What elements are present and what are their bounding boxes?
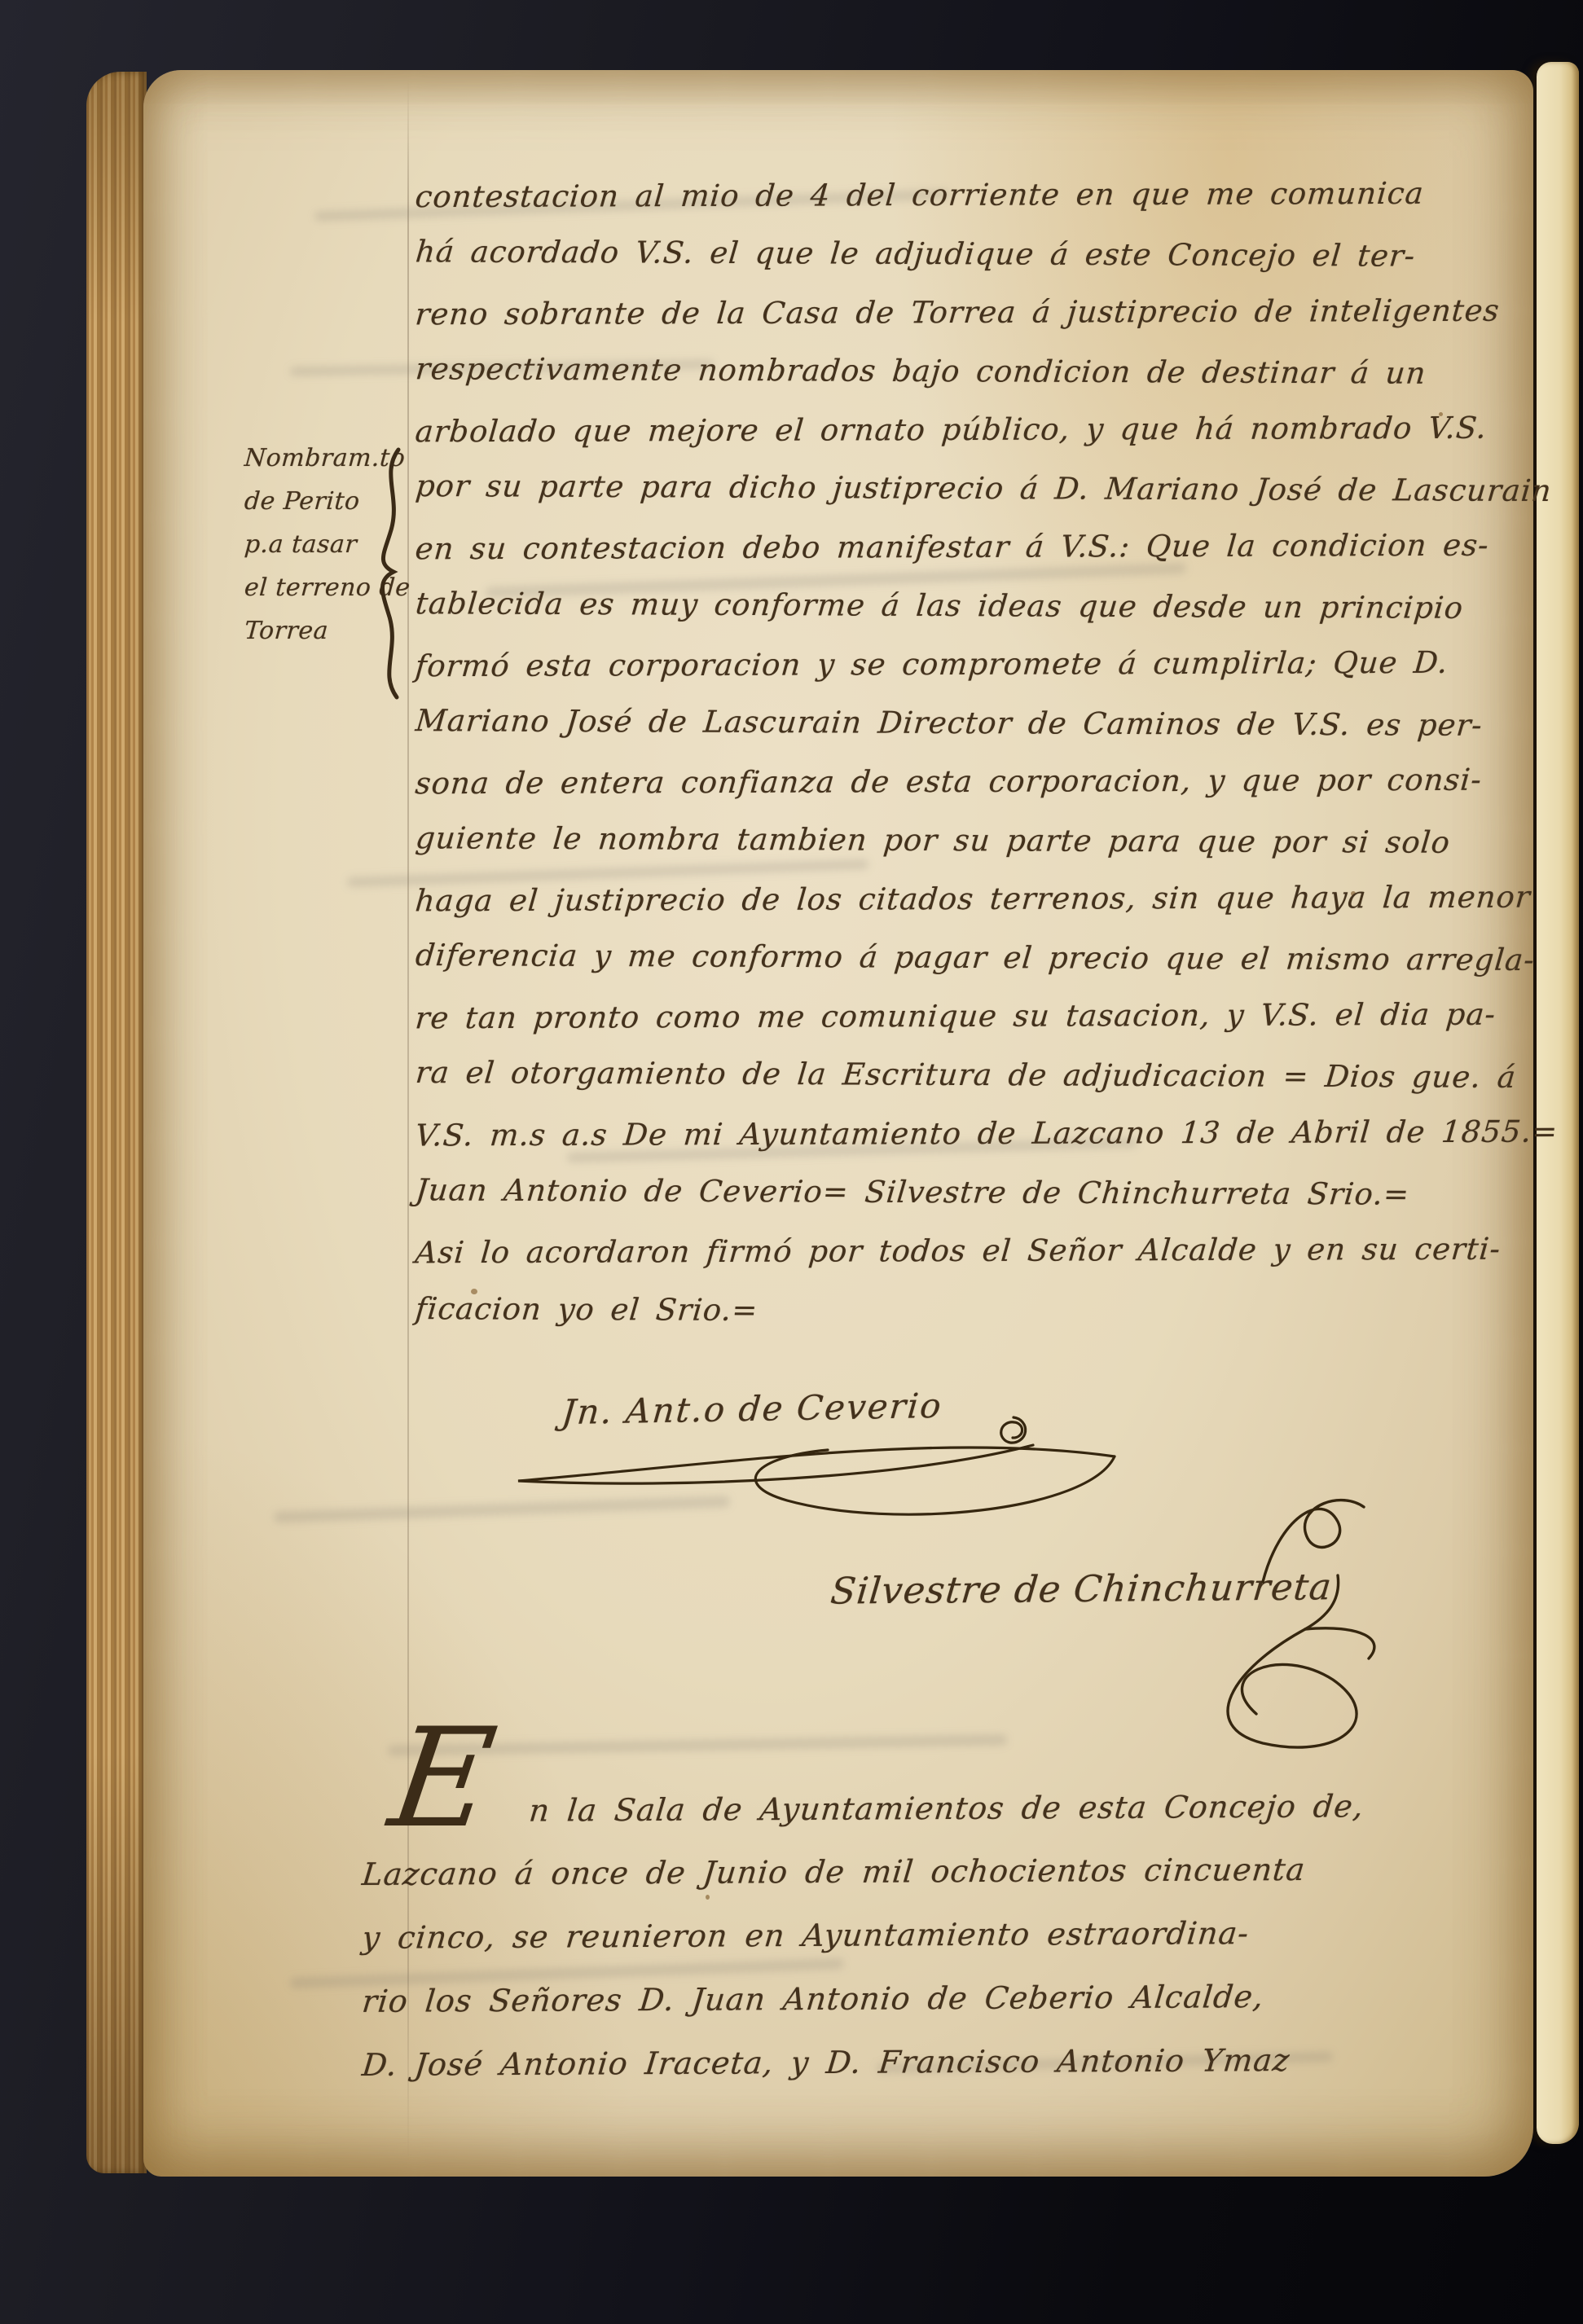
manuscript-line: contestacion al mio de 4 del corriente e… [414, 176, 1426, 214]
paper-speck [706, 1895, 710, 1900]
manuscript-line: haga el justiprecio de los citados terre… [414, 880, 1532, 919]
manuscript-line: Asi lo acordaron firmó por todos el Seño… [414, 1232, 1502, 1271]
margin-note-brace [371, 448, 420, 701]
manuscript-page: Nombram.to de Perito p.a tasar el terren… [143, 70, 1533, 2177]
margin-note-line: p.a tasar [244, 530, 358, 559]
manuscript-line: arbolado que mejore el ornato público, y… [414, 411, 1488, 450]
manuscript-line: tablecida es muy conforme á las ideas qu… [414, 586, 1465, 626]
manuscript-line: diferencia y me conformo á pagar el prec… [414, 938, 1537, 977]
manuscript-line: reno sobrante de la Casa de Torrea á jus… [414, 293, 1501, 332]
manuscript-line: Lazcano á once de Junio de mil ochocient… [360, 1852, 1307, 1892]
manuscript-line: formó esta corporacion y se compromete á… [414, 645, 1449, 683]
manuscript-line: re tan pronto como me comunique su tasac… [414, 997, 1497, 1036]
manuscript-line: n la Sala de Ayuntamientos de esta Conce… [528, 1788, 1366, 1828]
manuscript-line: rio los Señores D. Juan Antonio de Ceber… [361, 1979, 1266, 2019]
manuscript-line: Mariano José de Lascurain Director de Ca… [414, 703, 1484, 743]
book-page-stack-edge [86, 72, 147, 2173]
manuscript-line: por su parte para dicho justiprecio á D.… [414, 468, 1553, 508]
photograph-background: Nombram.to de Perito p.a tasar el terren… [0, 0, 1583, 2324]
manuscript-line: respectivamente nombrados bajo condicion… [414, 351, 1427, 390]
manuscript-line: en su contestacion debo manifestar á V.S… [414, 528, 1491, 567]
margin-note-line: de Perito [244, 487, 361, 516]
manuscript-line: Juan Antonio de Ceverio= Silvestre de Ch… [414, 1172, 1411, 1211]
ornate-initial-letter: E [384, 1717, 501, 1840]
manuscript-line: ra el otorgamiento de la Escritura de ad… [414, 1055, 1518, 1095]
manuscript-line: há acordado V.S. el que le adjudique á e… [414, 234, 1417, 273]
adjacent-page-fore-edge [1537, 62, 1579, 2144]
manuscript-line: D. José Antonio Iraceta, y D. Francisco … [360, 2042, 1291, 2083]
manuscript-line: ficacion yo el Srio.= [414, 1291, 759, 1328]
manuscript-line: guiente le nombra tambien por su parte p… [414, 820, 1452, 860]
manuscript-line: V.S. m.s a.s De mi Ayuntamiento de Lazca… [414, 1114, 1559, 1153]
margin-note-line: Torrea [244, 617, 330, 645]
manuscript-line: y cinco, se reunieron en Ayuntamiento es… [361, 1915, 1251, 1956]
manuscript-line: sona de entera confianza de esta corpora… [414, 762, 1484, 802]
signature-rubric-flourish [1018, 1486, 1409, 1779]
